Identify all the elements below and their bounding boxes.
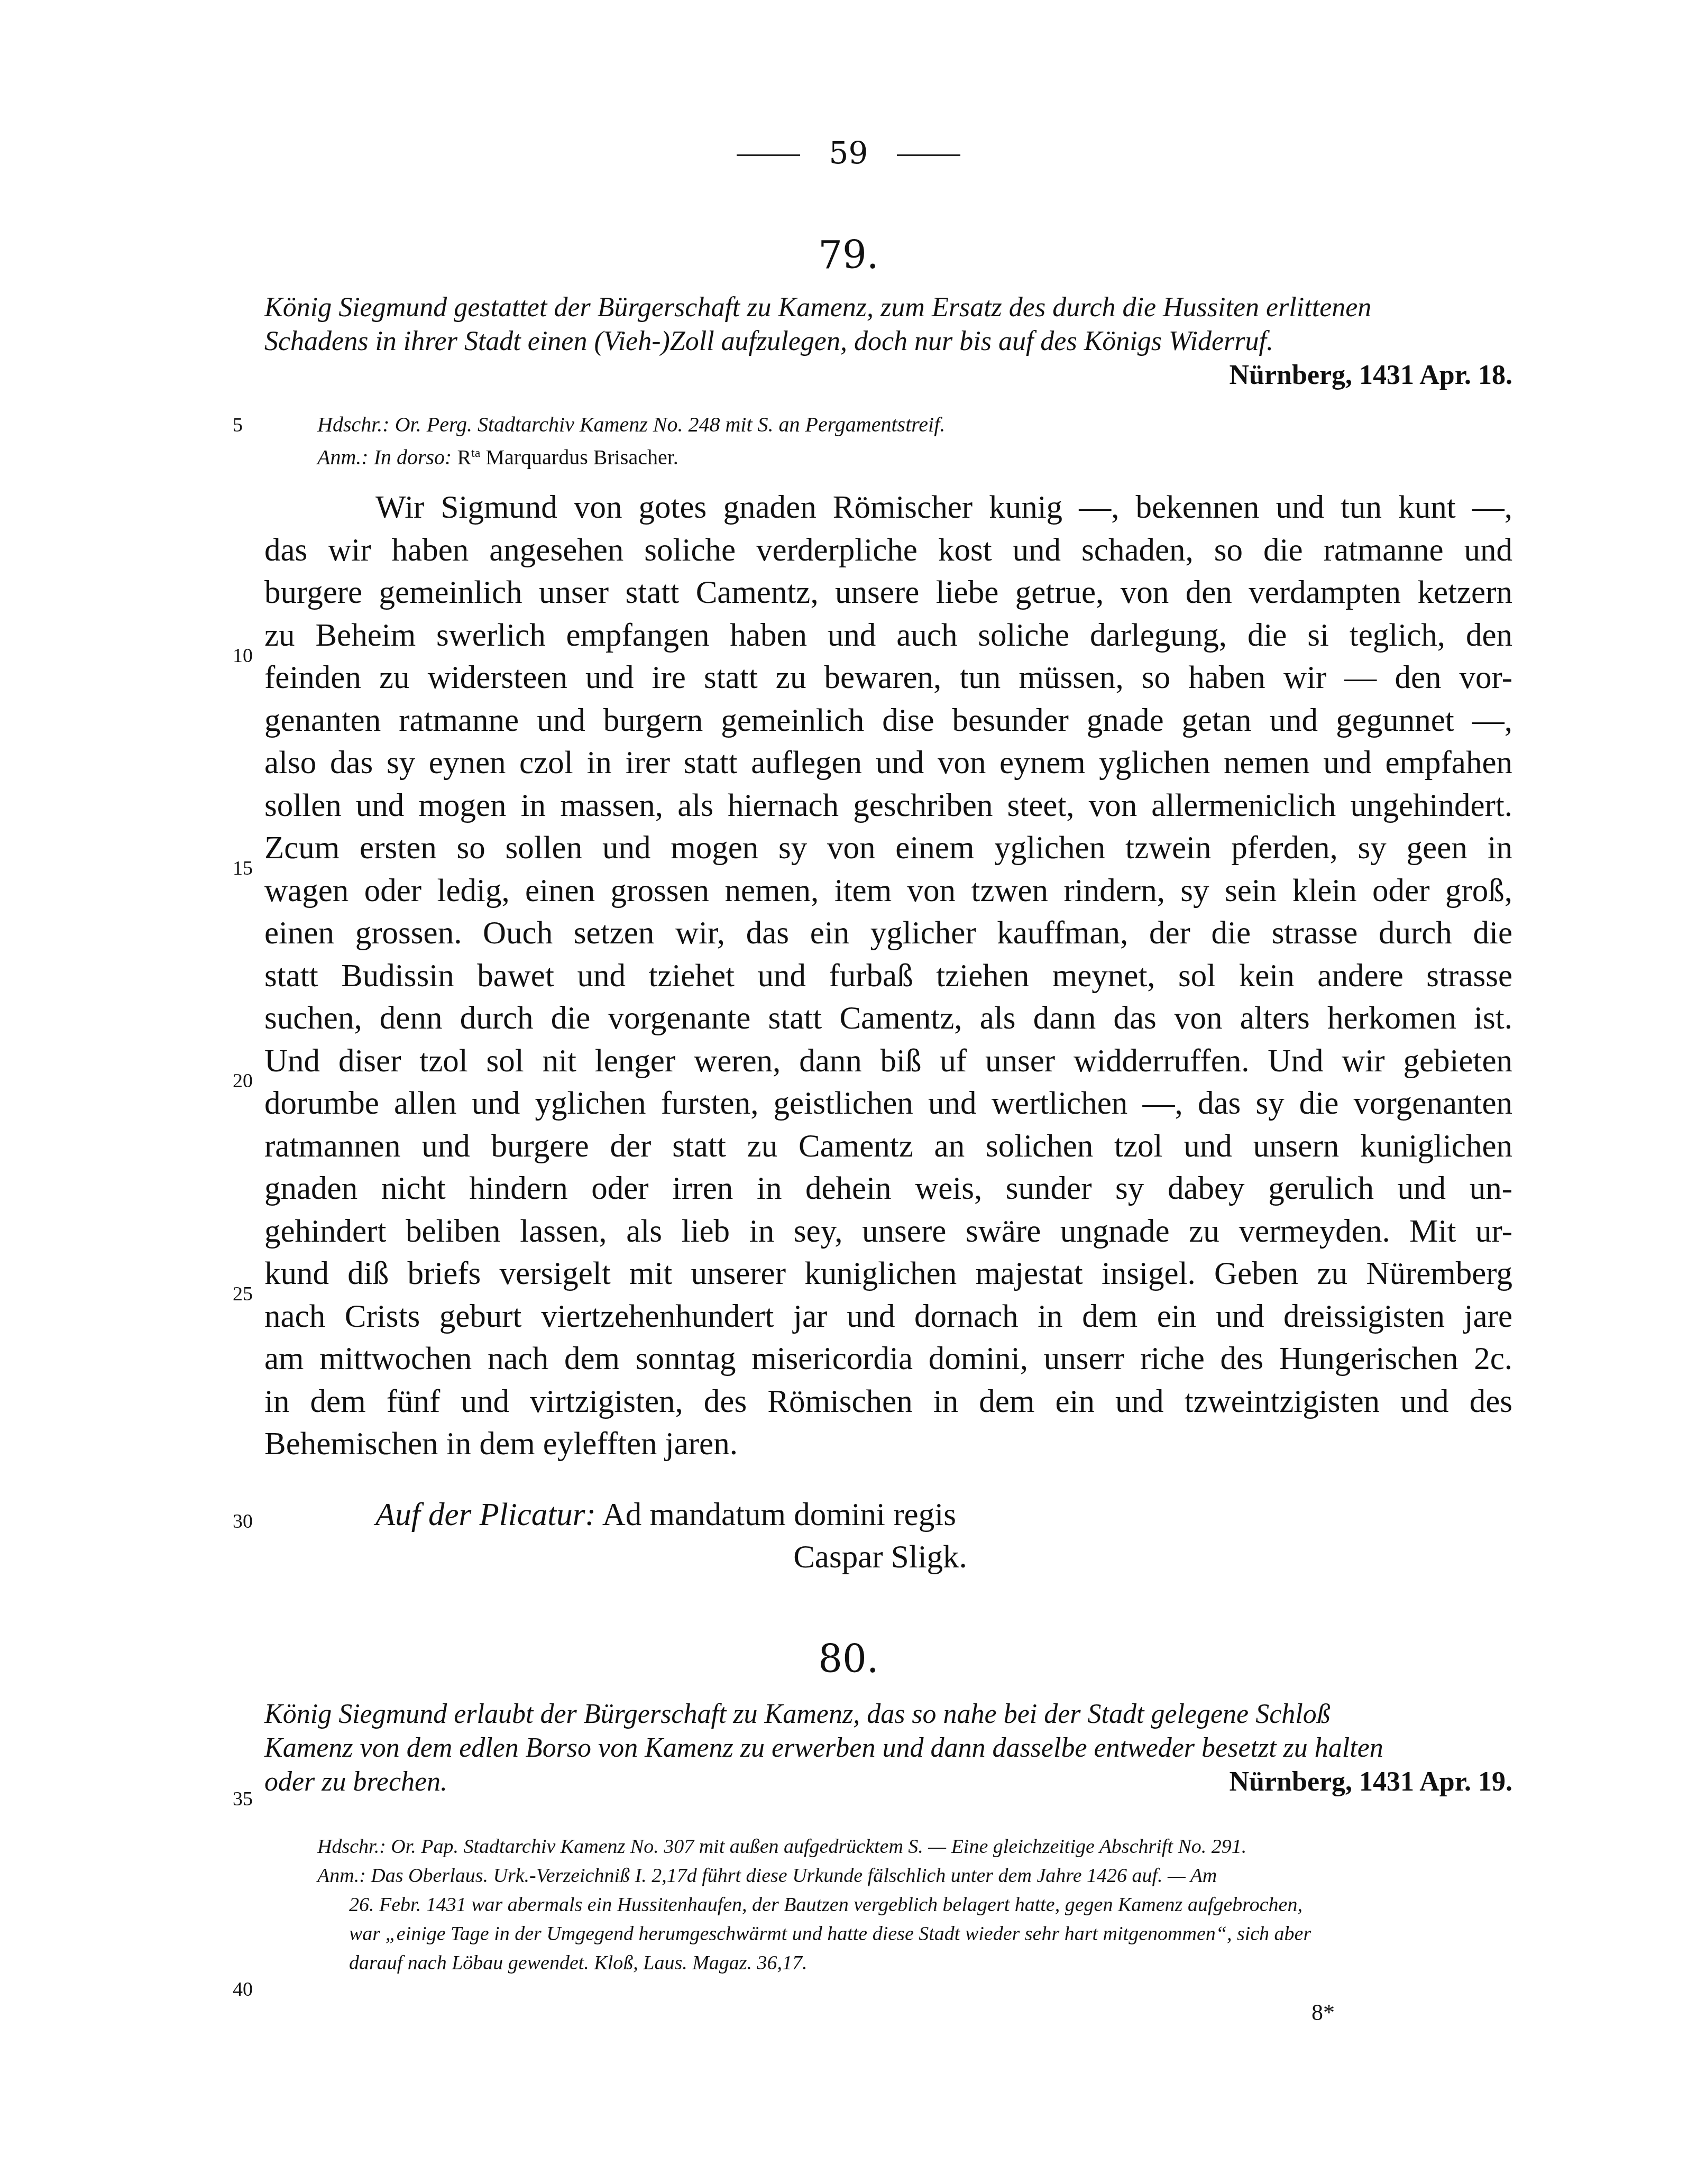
anm-note-cont: war „einige Tage in der Umgegend herumge… xyxy=(317,1920,1518,1949)
body-line: burgere gemeinlich unser statt Camentz, … xyxy=(264,572,1512,614)
doc80-notes: Hdschr.: Or. Pap. Stadtarchiv Kamenz No.… xyxy=(317,1832,1518,1978)
body-line: am mittwochen nach dem sonntag misericor… xyxy=(264,1338,1512,1381)
line-number: 15 xyxy=(233,857,253,880)
doc79-regest: König Siegmund gestattet der Bürgerschaf… xyxy=(264,291,1512,392)
line-number: 30 xyxy=(233,1510,253,1533)
line-number: 10 xyxy=(233,644,253,667)
body-line: in dem fünf und virtzigisten, des Römisc… xyxy=(264,1381,1512,1424)
body-line: suchen, denn durch die vorgenante statt … xyxy=(264,997,1512,1040)
plicatur-note: Auf der Plicatur: Ad mandatum domini reg… xyxy=(375,1497,956,1534)
anm-note-cont: 26. Febr. 1431 war abermals ein Hussiten… xyxy=(317,1891,1518,1920)
body-line: zu Beheim swerlich empfangen haben und a… xyxy=(264,614,1512,657)
anm-note: Anm.: In dorso: Rta Marquardus Brisacher… xyxy=(317,439,1518,472)
body-line: also das sy eynen czol in irer statt auf… xyxy=(264,742,1512,785)
body-line: Wir Sigmund von gotes gnaden Römischer k… xyxy=(264,487,1512,529)
regest-line: Schadens in ihrer Stadt einen (Vieh-)Zol… xyxy=(264,325,1512,359)
body-line: einen grossen. Ouch setzen wir, das ein … xyxy=(264,912,1512,955)
body-line: gehindert beliben lassen, als lieb in se… xyxy=(264,1210,1512,1253)
anm-note: Anm.: Das Oberlaus. Urk.-Verzeichniß I. … xyxy=(317,1861,1518,1891)
signature-mark: 8* xyxy=(1311,1999,1335,2026)
regest-line: oder zu brechen. xyxy=(264,1767,447,1797)
body-line: Zcum ersten so sollen und mogen sy von e… xyxy=(264,827,1512,870)
body-line: sollen und mogen in massen, als hiernach… xyxy=(264,785,1512,828)
doc79-dateline: Nürnberg, 1431 Apr. 18. xyxy=(1230,359,1512,392)
doc80-regest: König Siegmund erlaubt der Bürgerschaft … xyxy=(264,1697,1512,1799)
document-number-80: 80. xyxy=(0,1637,1697,1681)
doc79-notes: Hdschr.: Or. Perg. Stadtarchiv Kamenz No… xyxy=(317,410,1518,472)
header-rule-left xyxy=(737,154,800,156)
line-number: 35 xyxy=(233,1787,253,1811)
regest-line: Kamenz von dem edlen Borso von Kamenz zu… xyxy=(264,1731,1512,1765)
body-line: genanten ratmanne und burgern gemeinlich… xyxy=(264,700,1512,742)
page-number: 59 xyxy=(829,135,868,171)
body-line: das wir haben angesehen soliche verderpl… xyxy=(264,529,1512,572)
body-line: Behemischen in dem eylefften jaren. xyxy=(264,1423,1512,1466)
body-line: feinden zu widersteen und ire statt zu b… xyxy=(264,657,1512,700)
regest-line: König Siegmund erlaubt der Bürgerschaft … xyxy=(264,1697,1512,1731)
line-number: 5 xyxy=(233,414,243,437)
signature: Caspar Sligk. xyxy=(32,1539,1697,1576)
line-number: 40 xyxy=(233,1978,253,2001)
line-number: 20 xyxy=(233,1069,253,1093)
doc79-body-text: Wir Sigmund von gotes gnaden Römischer k… xyxy=(264,487,1512,1466)
body-line: wagen oder ledig, einen grossen nemen, i… xyxy=(264,870,1512,913)
page-number-header: 59 xyxy=(0,135,1697,171)
body-line: kund diß briefs versigelt mit unserer ku… xyxy=(264,1253,1512,1296)
regest-line: König Siegmund gestattet der Bürgerschaf… xyxy=(264,291,1512,325)
line-number: 25 xyxy=(233,1282,253,1306)
anm-note-cont: darauf nach Löbau gewendet. Kloß, Laus. … xyxy=(317,1949,1518,1978)
body-line: Und diser tzol sol nit lenger weren, dan… xyxy=(264,1040,1512,1083)
header-rule-right xyxy=(897,154,960,156)
body-line: dorumbe allen und yglichen fursten, geis… xyxy=(264,1082,1512,1125)
body-line: statt Budissin bawet und tziehet und fur… xyxy=(264,955,1512,998)
document-number-79: 79. xyxy=(0,233,1697,277)
hdschr-note: Hdschr.: Or. Pap. Stadtarchiv Kamenz No.… xyxy=(317,1832,1518,1861)
body-line: nach Crists geburt viertzehenhundert jar… xyxy=(264,1296,1512,1338)
body-line: gnaden nicht hindern oder irren in dehei… xyxy=(264,1168,1512,1210)
doc80-dateline: Nürnberg, 1431 Apr. 19. xyxy=(1230,1765,1512,1799)
hdschr-note: Hdschr.: Or. Perg. Stadtarchiv Kamenz No… xyxy=(317,410,1518,439)
body-line: ratmannen und burgere der statt zu Camen… xyxy=(264,1125,1512,1168)
